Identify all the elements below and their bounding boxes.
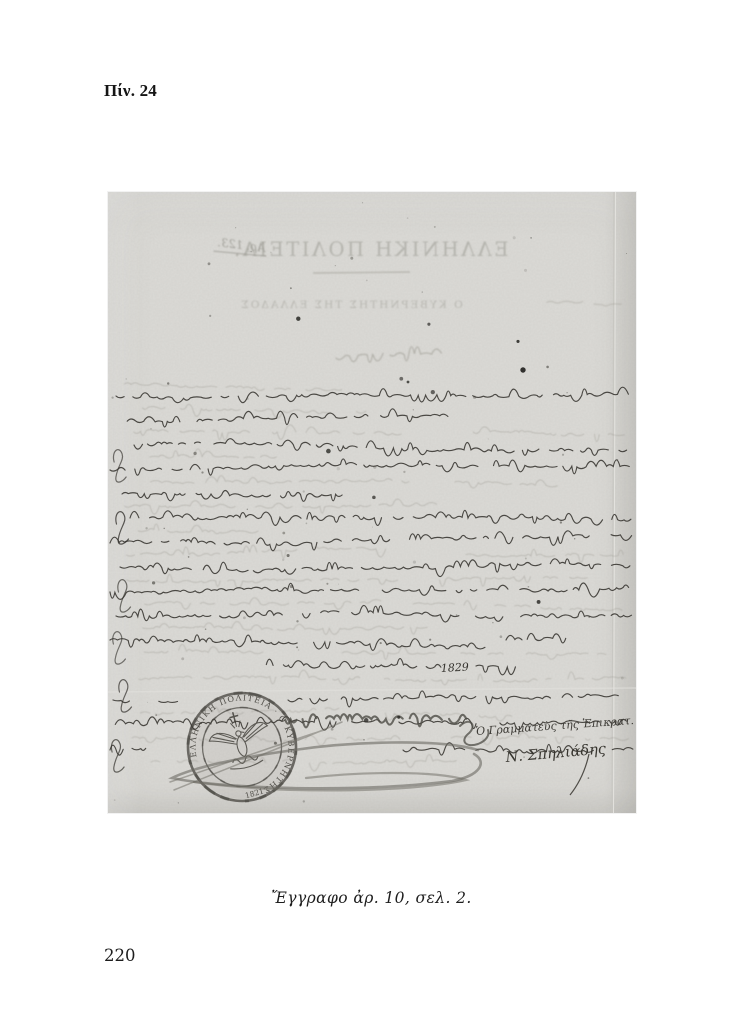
date-year-text: 1829 <box>440 661 469 675</box>
letterhead-rule <box>313 272 410 273</box>
book-page: Πίν. 24 <box>0 0 743 1027</box>
letterhead-showthrough-text: ΕΛΛΗΝΙΚΗ ΠΟΛΙΤΕΙΑ. <box>232 238 509 261</box>
manuscript-photo: ΕΛΛΗΝΙΚΗ ΠΟΛΙΤΕΙΑ. Ἀρ. 123. Ο ΚΥΒΕΡΝΗΤΗΣ… <box>108 192 636 813</box>
manuscript-photo-canvas: ΕΛΛΗΝΙΚΗ ΠΟΛΙΤΕΙΑ. Ἀρ. 123. Ο ΚΥΒΕΡΝΗΤΗΣ… <box>108 192 636 813</box>
subtitle-showthrough-text: Ο ΚΥΒΕΡΝΗΤΗΣ ΤΗΣ ΕΛΛΑΔΟΣ <box>239 299 462 311</box>
plate-label: Πίν. 24 <box>104 81 157 101</box>
photo-caption: Ἔγγραφο ἀρ. 10, σελ. 2. <box>0 889 743 907</box>
page-number: 220 <box>104 946 136 965</box>
